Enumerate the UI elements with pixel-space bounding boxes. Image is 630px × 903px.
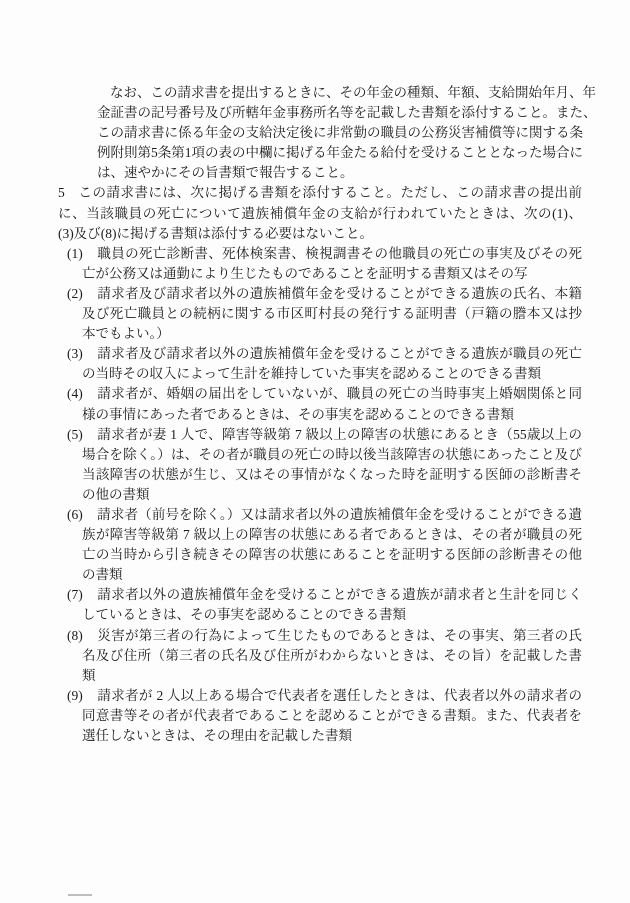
- text-line: (8)災害が第三者の行為によって生じたものであるときは、その事実、第三者の氏: [67, 626, 582, 646]
- subitem-3-marker: (3): [67, 344, 97, 364]
- note-paragraph: なお、この請求書を提出するときに、その年金の種類、年額、支給開始年月、年 金証書…: [0, 83, 582, 183]
- text-line: (1)職員の死亡診断書、死体検案書、検視調書その他職員の死亡の事実及びその死: [67, 244, 582, 264]
- text-line: 本でもよい。）: [82, 324, 582, 344]
- text-line: 金証書の記号番号及び所轄年金事務所名等を記載した書類を添付すること。また、: [97, 103, 582, 123]
- text-line: 当該障害の状態が生じ、又はその事情がなくなった時を証明する医師の診断書そ: [82, 465, 582, 485]
- text-line: (5)請求者が妻 1 人で、障害等級第 7 級以上の障害の状態にあるとき（55歳…: [67, 425, 582, 445]
- subitem-7: (7)請求者以外の遺族補償年金を受けることができる遺族が請求者と生計を同じく し…: [0, 585, 582, 625]
- subitem-6-text: 請求者（前号を除く。）又は請求者以外の遺族補償年金を受けることができる遺: [97, 507, 582, 522]
- subitem-2-text: 請求者及び請求者以外の遺族補償年金を受けることができる遺族の氏名、本籍: [97, 286, 582, 301]
- text-line: なお、この請求書を提出するときに、その年金の種類、年額、支給開始年月、年: [110, 83, 582, 103]
- subitem-3: (3)請求者及び請求者以外の遺族補償年金を受けることができる遺族が職員の死亡 の…: [0, 344, 582, 384]
- text-line: 亡の当時から引き続きその障害の状態にあることを証明する医師の診断書その他: [82, 545, 582, 565]
- subitem-9-marker: (9): [67, 686, 97, 706]
- subitem-4: (4)請求者が、婚姻の届出をしていないが、職員の死亡の当時事実上婚姻関係と同 様…: [0, 384, 582, 424]
- subitem-8-marker: (8): [67, 626, 97, 646]
- subitem-4-text: 請求者が、婚姻の届出をしていないが、職員の死亡の当時事実上婚姻関係と同: [97, 386, 582, 401]
- item-5-marker: 5: [58, 183, 78, 203]
- text-line: の当時その収入によって生計を維持していた事実を認めることのできる書類: [82, 364, 582, 384]
- subitem-2: (2)請求者及び請求者以外の遺族補償年金を受けることができる遺族の氏名、本籍 及…: [0, 284, 582, 344]
- subitem-7-text: 請求者以外の遺族補償年金を受けることができる遺族が請求者と生計を同じく: [97, 587, 582, 602]
- text-line: (2)請求者及び請求者以外の遺族補償年金を受けることができる遺族の氏名、本籍: [67, 284, 582, 304]
- item-5: 5この請求書には、次に掲げる書類を添付すること。ただし、この請求書の提出前 に、…: [0, 183, 582, 243]
- text-line: は、速やかにその旨書類で報告すること。: [97, 163, 582, 183]
- text-line: 5この請求書には、次に掲げる書類を添付すること。ただし、この請求書の提出前: [58, 183, 582, 203]
- subitem-9-text: 請求者が 2 人以上ある場合で代表者を選任したときは、代表者以外の請求者の: [97, 688, 582, 703]
- text-line: この請求書に係る年金の支給決定後に非常勤の職員の公務災害補償等に関する条: [97, 123, 582, 143]
- subitem-4-marker: (4): [67, 384, 97, 404]
- item-5-text: この請求書には、次に掲げる書類を添付すること。ただし、この請求書の提出前: [78, 185, 582, 200]
- text-line: に、当該職員の死亡について遺族補償年金の支給が行われていたときは、次の(1)、: [58, 204, 582, 224]
- subitem-1-marker: (1): [67, 244, 97, 264]
- subitem-6-marker: (6): [67, 505, 97, 525]
- text-line: 選任しないときは、その理由を記載した書類: [82, 726, 582, 746]
- text-line: 類: [82, 666, 582, 686]
- subitem-7-marker: (7): [67, 585, 97, 605]
- subitem-3-text: 請求者及び請求者以外の遺族補償年金を受けることができる遺族が職員の死亡: [97, 346, 582, 361]
- text-line: 名及び住所（第三者の氏名及び住所がわからないときは、その旨）を記載した書: [82, 646, 582, 666]
- subitem-2-marker: (2): [67, 284, 97, 304]
- subitem-8: (8)災害が第三者の行為によって生じたものであるときは、その事実、第三者の氏 名…: [0, 626, 582, 686]
- text-line: 族が障害等級第 7 級以上の障害の状態にある者であるときは、その者が職員の死: [82, 525, 582, 545]
- subitem-9: (9)請求者が 2 人以上ある場合で代表者を選任したときは、代表者以外の請求者の…: [0, 686, 582, 746]
- text-line: (9)請求者が 2 人以上ある場合で代表者を選任したときは、代表者以外の請求者の: [67, 686, 582, 706]
- text-line: (4)請求者が、婚姻の届出をしていないが、職員の死亡の当時事実上婚姻関係と同: [67, 384, 582, 404]
- text-line: の書類: [82, 565, 582, 585]
- text-line: の他の書類: [82, 485, 582, 505]
- subitem-5: (5)請求者が妻 1 人で、障害等級第 7 級以上の障害の状態にあるとき（55歳…: [0, 425, 582, 505]
- text-line: 同意書等その者が代表者であることを認めることができる書類。また、代表者を: [82, 706, 582, 726]
- text-line: 例附則第5条第1項の表の中欄に掲げる年金たる給付を受けることとなった場合に: [97, 143, 582, 163]
- text-line: 亡が公務又は通勤により生じたものであることを証明する書類又はその写: [82, 264, 582, 284]
- subitem-5-text: 請求者が妻 1 人で、障害等級第 7 級以上の障害の状態にあるとき（55歳以上の: [97, 427, 582, 442]
- text-line: (6)請求者（前号を除く。）又は請求者以外の遺族補償年金を受けることができる遺: [67, 505, 582, 525]
- document-text: なお、この請求書を提出するときに、その年金の種類、年額、支給開始年月、年 金証書…: [0, 83, 582, 746]
- text-line: (3)及び(8)に掲げる書類は添付する必要はないこと。: [58, 224, 582, 244]
- text-line: (3)請求者及び請求者以外の遺族補償年金を受けることができる遺族が職員の死亡: [67, 344, 582, 364]
- text-line: 様の事情にあった者であるときは、その事実を認めることのできる書類: [82, 405, 582, 425]
- subitem-6: (6)請求者（前号を除く。）又は請求者以外の遺族補償年金を受けることができる遺 …: [0, 505, 582, 585]
- text-line: 場合を除く。）は、その者が職員の死亡の時以後当該障害の状態にあったこと及び: [82, 445, 582, 465]
- document-page: なお、この請求書を提出するときに、その年金の種類、年額、支給開始年月、年 金証書…: [0, 0, 630, 903]
- text-line: しているときは、その事実を認めることのできる書類: [82, 605, 582, 625]
- text-line: (7)請求者以外の遺族補償年金を受けることができる遺族が請求者と生計を同じく: [67, 585, 582, 605]
- subitem-8-text: 災害が第三者の行為によって生じたものであるときは、その事実、第三者の氏: [97, 628, 582, 643]
- subitem-1: (1)職員の死亡診断書、死体検案書、検視調書その他職員の死亡の事実及びその死 亡…: [0, 244, 582, 284]
- scan-artifact: [68, 894, 92, 896]
- subitem-1-text: 職員の死亡診断書、死体検案書、検視調書その他職員の死亡の事実及びその死: [97, 246, 582, 261]
- text-line: 及び死亡職員との続柄に関する市区町村長の発行する証明書（戸籍の謄本又は抄: [82, 304, 582, 324]
- subitem-5-marker: (5): [67, 425, 97, 445]
